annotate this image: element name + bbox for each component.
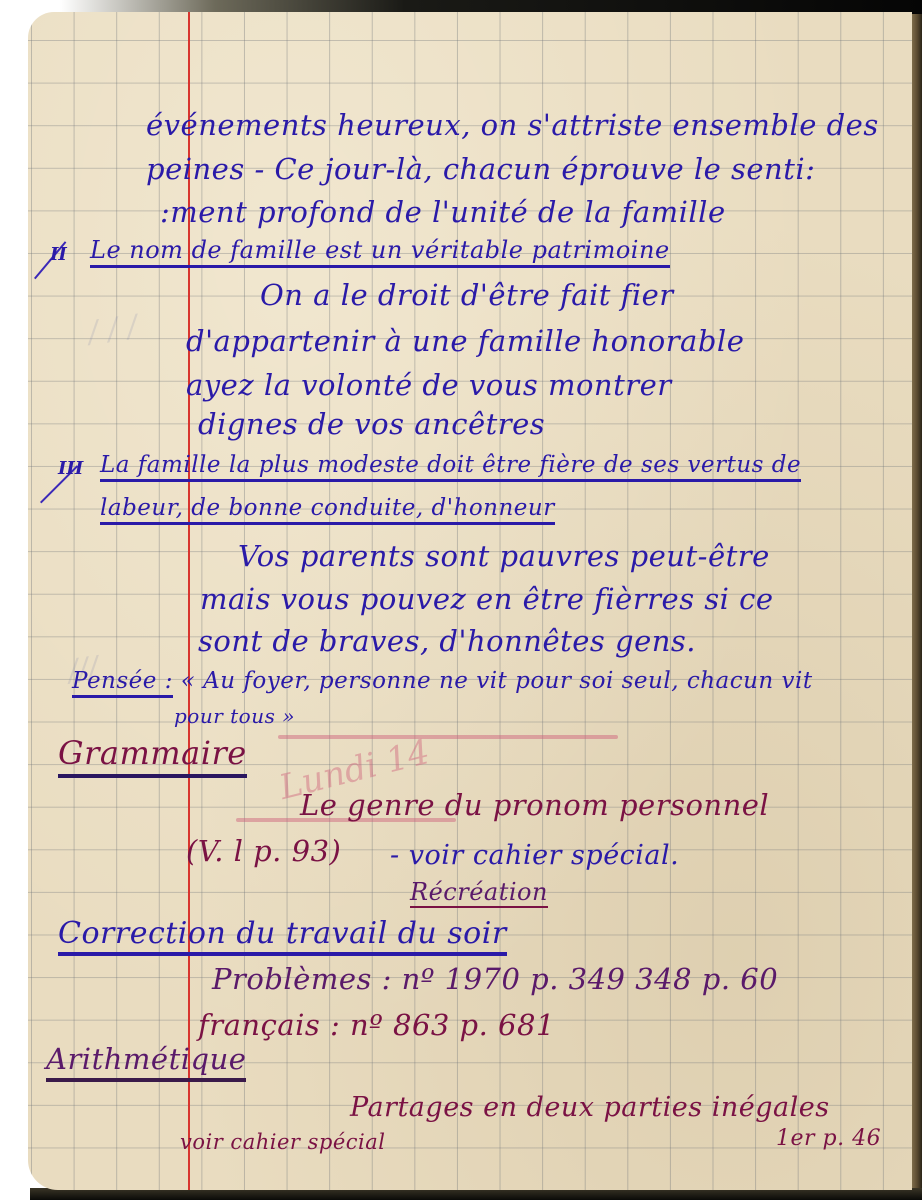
text-line: événements heureux, on s'attriste ensemb… [146, 108, 879, 142]
section-heading: La famille la plus modeste doit être fiè… [100, 452, 801, 478]
subject-heading: Arithmétique [46, 1042, 246, 1076]
text-line: Partages en deux parties inégales [350, 1092, 830, 1123]
text-line: On a le droit d'être fait fier [260, 278, 674, 312]
subject-heading: Grammaire [58, 734, 247, 772]
text-line: français : nº 863 p. 681 [198, 1008, 555, 1042]
recreation-label: Récréation [410, 878, 548, 906]
text-line: mais vous pouvez en être fièrres si ce [200, 582, 774, 616]
text-line: dignes de vos ancêtres [198, 407, 545, 441]
arith-ref: 1er p. 46 [776, 1126, 881, 1151]
section-heading: labeur, de bonne conduite, d'honneur [100, 495, 555, 521]
recreation-text: Récréation [410, 878, 548, 908]
grammaire-note: - voir cahier spécial. [390, 840, 679, 871]
text-line: d'appartenir à une famille honorable [186, 324, 744, 358]
pensee-quote-end: pour tous » [174, 704, 295, 728]
text-line: Le genre du pronom personnel [300, 788, 769, 822]
section-title: La famille la plus modeste doit être fiè… [100, 452, 801, 482]
section-marker: III [58, 458, 83, 479]
text-line: ayez la volonté de vous montrer [186, 368, 672, 402]
section-title: Le nom de famille est un véritable patri… [90, 236, 670, 268]
grammaire-heading: Grammaire [58, 734, 247, 778]
grammaire-ref: (V. l p. 93) [186, 834, 341, 868]
red-margin-line [188, 12, 190, 1190]
correction-heading: Correction du travail du soir [58, 916, 507, 956]
pensee-line: Pensée : « Au foyer, personne ne vit pou… [72, 668, 813, 694]
pensee-label: Pensée : [72, 668, 173, 698]
bleed-through-text: / / / [86, 309, 140, 351]
section-title: labeur, de bonne conduite, d'honneur [100, 495, 555, 525]
arith-note: voir cahier spécial [180, 1130, 385, 1154]
text-line: peines - Ce jour-là, chacun éprouve le s… [146, 152, 815, 186]
faded-stamp-rule [278, 735, 618, 739]
text-line: Problèmes : nº 1970 p. 349 348 p. 60 [212, 962, 778, 996]
pensee-quote: « Au foyer, personne ne vit pour soi seu… [181, 668, 813, 694]
notebook-page: / / / /// événements heureux, on s'attri… [28, 12, 912, 1190]
subject-heading: Correction du travail du soir [58, 916, 507, 951]
section-marker: II [50, 244, 67, 265]
text-line: :ment profond de l'unité de la famille [160, 195, 726, 229]
text-line: Vos parents sont pauvres peut-être [238, 539, 770, 573]
arithmetique-heading: Arithmétique [46, 1042, 246, 1082]
section-heading: Le nom de famille est un véritable patri… [90, 236, 670, 264]
text-line: sont de braves, d'honnêtes gens. [198, 624, 696, 658]
